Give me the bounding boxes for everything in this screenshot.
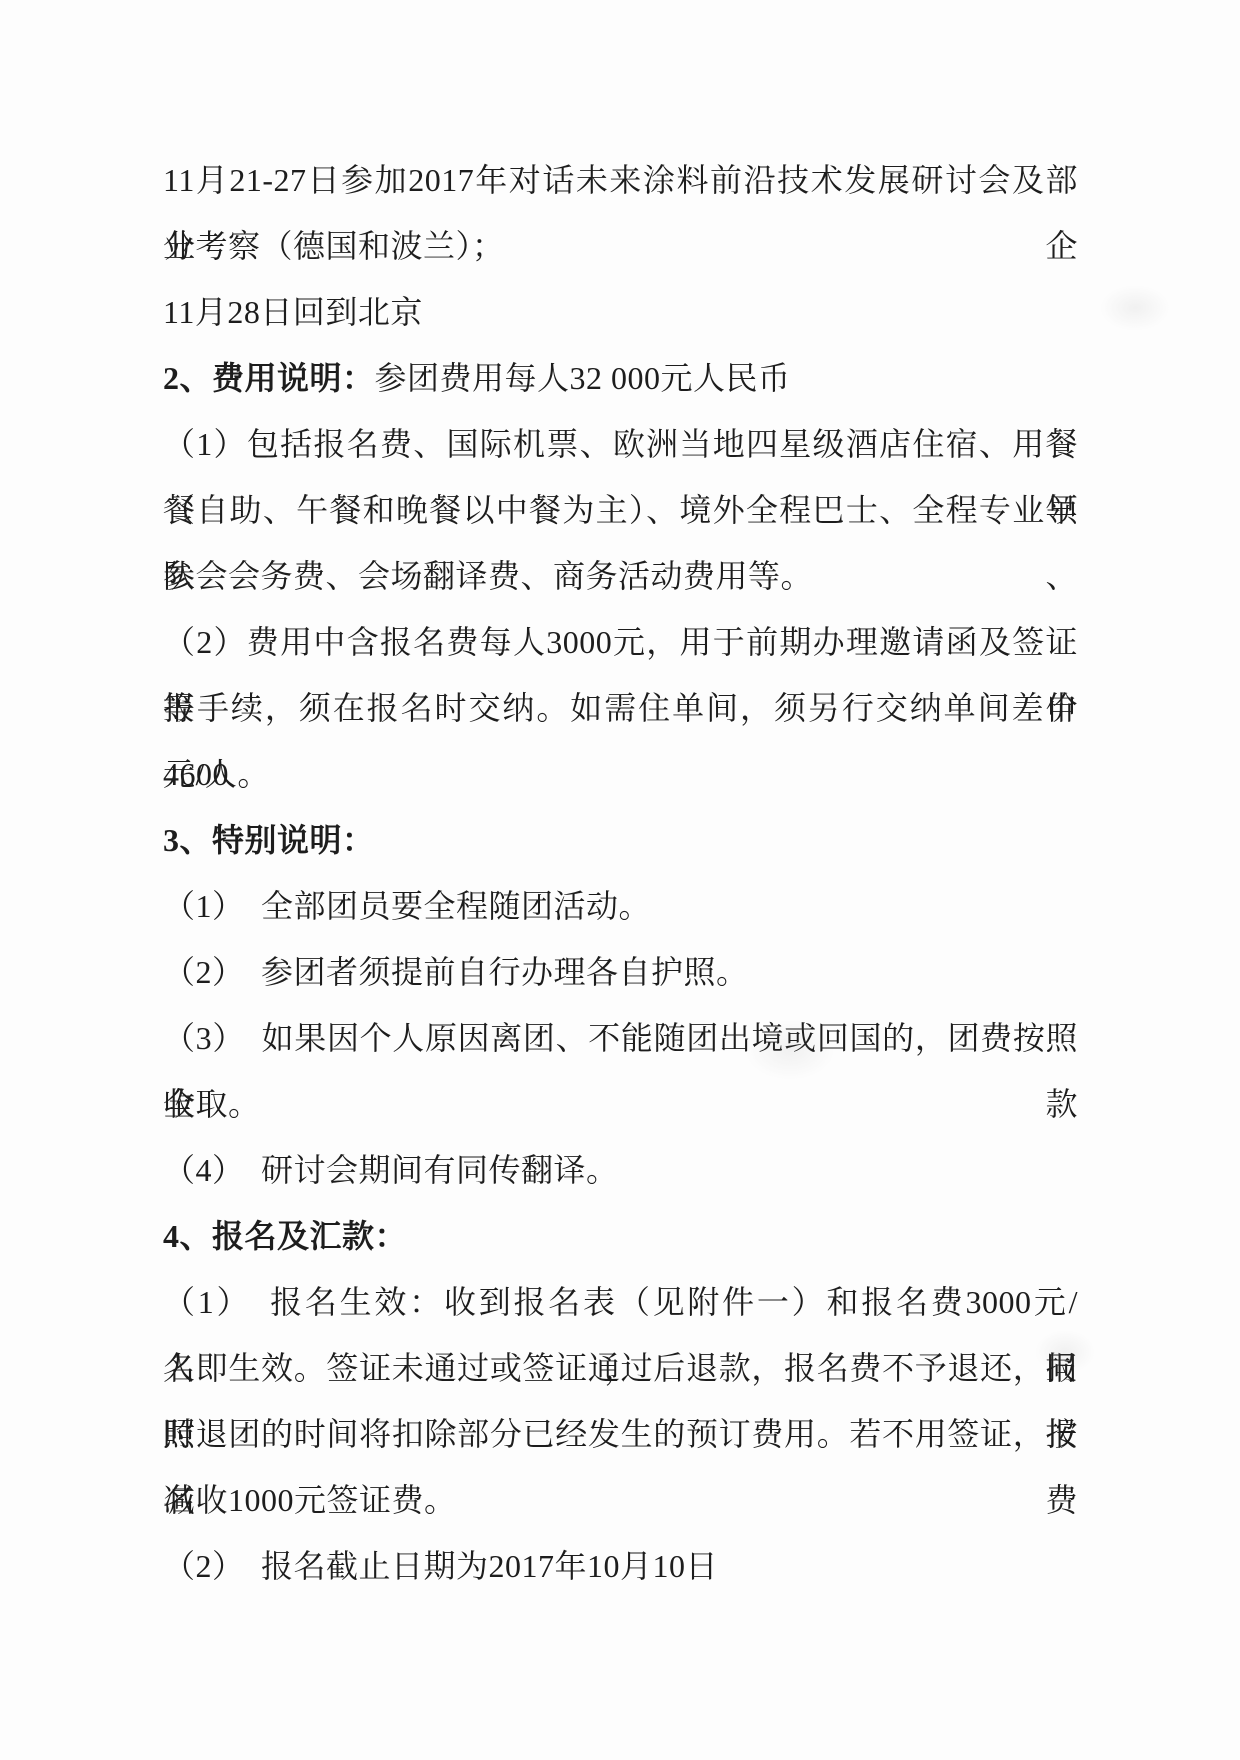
cost-heading-tail: 参团费用每人32 000元人民币 (375, 360, 791, 396)
registration-item-1-line-3: 照退团的时间将扣除部分已经发生的预订费用。若不用签证，报名费 (163, 1401, 1078, 1467)
special-item-2: （2） 参团者须提前自行办理各自护照。 (163, 939, 1078, 1005)
document-page: 11月21-27日参加2017年对话未来涂料前沿技术发展研讨会及部分企 业考察（… (0, 0, 1240, 1760)
cost-item2-line-2: 报手续，须在报名时交纳。如需住单间，须另行交纳单间差价4600 (163, 675, 1078, 741)
cost-item1-line-1: （1）包括报名费、国际机票、欧洲当地四星级酒店住宿、用餐（早 (163, 411, 1078, 477)
special-item-4: （4） 研讨会期间有同传翻译。 (163, 1137, 1078, 1203)
cost-heading-line: 2、费用说明：参团费用每人32 000元人民币 (163, 345, 1078, 411)
special-item-1: （1） 全部团员要全程随团活动。 (163, 873, 1078, 939)
registration-item-2: （2） 报名截止日期为2017年10月10日 (163, 1533, 1078, 1599)
cost-item2-line-3: 元/人。 (163, 741, 1078, 807)
special-section: 3、特别说明： （1） 全部团员要全程随团活动。 （2） 参团者须提前自行办理各… (163, 807, 1078, 1203)
special-heading-line: 3、特别说明： (163, 807, 1078, 873)
registration-heading-line: 4、报名及汇款： (163, 1203, 1078, 1269)
cost-heading: 2、费用说明： (163, 360, 375, 396)
registration-item-1-line-2: 名即生效。签证未通过或签证通过后退款，报名费不予退还，同时按 (163, 1335, 1078, 1401)
itinerary-block: 11月21-27日参加2017年对话未来涂料前沿技术发展研讨会及部分企 业考察（… (163, 147, 1078, 345)
special-item-3-line-1: （3） 如果因个人原因离团、不能随团出境或回国的，团费按照全款 (163, 1005, 1078, 1071)
special-heading: 3、特别说明： (163, 822, 375, 858)
registration-heading: 4、报名及汇款： (163, 1218, 407, 1254)
scan-smudge (1100, 285, 1170, 331)
registration-section: 4、报名及汇款： （1） 报名生效：收到报名表（见附件一）和报名费3000元/人… (163, 1203, 1078, 1599)
cost-section: 2、费用说明：参团费用每人32 000元人民币 （1）包括报名费、国际机票、欧洲… (163, 345, 1078, 807)
cost-item2-line-1: （2）费用中含报名费每人3000元，用于前期办理邀请函及签证等申 (163, 609, 1078, 675)
itinerary-line-1: 11月21-27日参加2017年对话未来涂料前沿技术发展研讨会及部分企 (163, 147, 1078, 213)
registration-item-1-line-1: （1） 报名生效：收到报名表（见附件一）和报名费3000元/人，报 (163, 1269, 1078, 1335)
cost-item1-line-2: 餐自助、午餐和晚餐以中餐为主）、境外全程巴士、全程专业领队、 (163, 477, 1078, 543)
itinerary-line-3: 11月28日回到北京 (163, 279, 1078, 345)
